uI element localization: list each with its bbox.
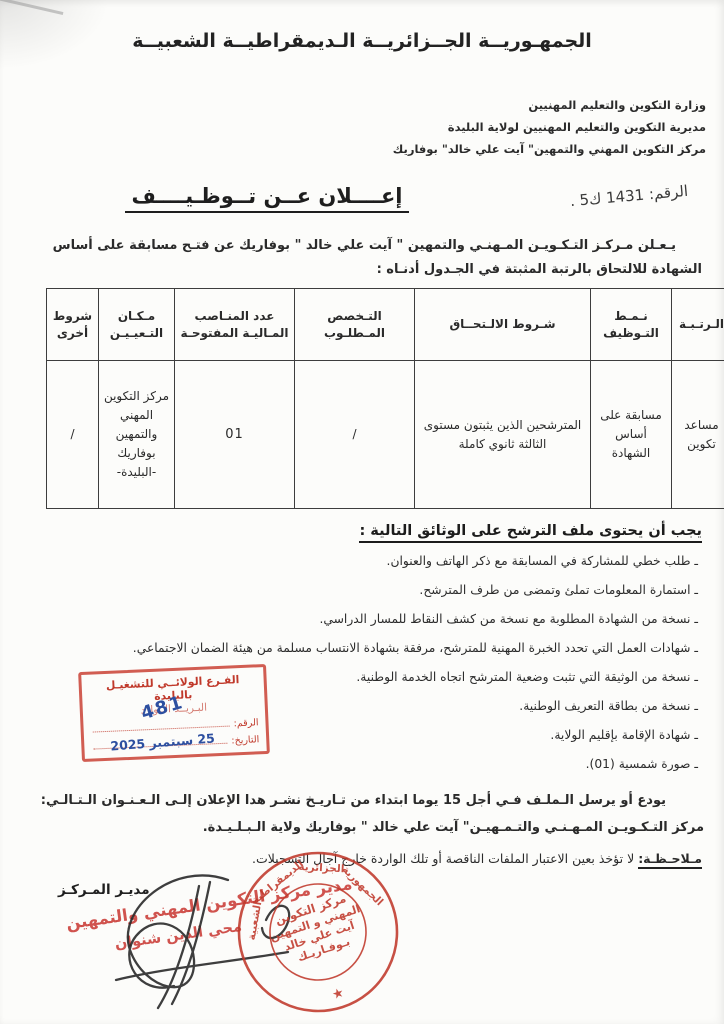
col-recruitment-mode: نـمـط التـوظيف bbox=[591, 289, 672, 361]
intro-paragraph: يـعـلن مـركـز التـكـويـن المـهنـي والتمه… bbox=[16, 234, 702, 282]
col-open-positions: عدد المنـاصب المـاليـة المفتوحـة bbox=[175, 289, 295, 361]
vacancy-table: الـرتـبـة نـمـط التـوظيف شـروط الالـتحــ… bbox=[46, 288, 724, 509]
cell-recruitment-mode: مسابقة على أساس الشهادة bbox=[591, 361, 672, 509]
scanned-document-page: الجمهـوريــة الجــزائريــة الـديمقراطيــ… bbox=[0, 0, 724, 1024]
note-label: مـلاحـظـة: bbox=[638, 851, 702, 869]
stamp-star-icon: ★ bbox=[330, 985, 346, 1003]
number-label: الرقم: bbox=[233, 717, 258, 729]
organization-block: وزارة التكوين والتعليم المهنيين مديرية ا… bbox=[0, 94, 706, 160]
closing-line-1: يودع أو يرسل الـملـف فـي أجل 15 يوما ابت… bbox=[41, 793, 666, 808]
table-row: مساعد تكوين مسابقة على أساس الشهادة المت… bbox=[47, 361, 724, 509]
ring-word: الجزائرية bbox=[298, 861, 345, 875]
cell-assignment-place: مركز التكوين المهني والتمهين بوفاريك -ال… bbox=[99, 361, 175, 509]
directorate-line: مديرية التكوين والتعليم المهنيين لولاية … bbox=[0, 116, 706, 138]
col-other-conditions: شروط أخرى bbox=[47, 289, 99, 361]
vacancy-table-wrap: الـرتـبـة نـمـط التـوظيف شـروط الالـتحــ… bbox=[0, 288, 724, 509]
ring-word: الشعبية bbox=[246, 901, 265, 942]
announcement-title-text: إعــــلان عــن تــوظـيــــف bbox=[125, 184, 408, 213]
title-row: الرقم: 1431 ك5 . إعــــلان عــن تــوظـيـ… bbox=[0, 174, 724, 218]
list-item: ـ نسخة من الشهادة المطلوبة مع نسخة من كش… bbox=[0, 605, 698, 634]
cell-conditions: المترشحين الذين يثبتون مستوى الثالثة ثان… bbox=[415, 361, 591, 509]
cell-open-positions: 01 bbox=[175, 361, 295, 509]
handwritten-reference-number: الرقم: 1431 ك5 . bbox=[534, 179, 724, 213]
col-rank: الـرتـبـة bbox=[672, 289, 724, 361]
list-item: ـ طلب خطي للمشاركة في المسابقة مع ذكر ال… bbox=[0, 547, 698, 576]
list-item: ـ استمارة المعلومات تملئ وتمضى من طرف ال… bbox=[0, 576, 698, 605]
ministry-line: وزارة التكوين والتعليم المهنيين bbox=[0, 94, 706, 116]
center-line: مركز التكوين المهني والتمهين" آيت علي خا… bbox=[0, 138, 706, 160]
col-conditions: شـروط الالـتحــاق bbox=[415, 289, 591, 361]
col-specialty: التـخصص المـطلـوب bbox=[295, 289, 415, 361]
documents-heading-text: يجب أن يحتوى ملف الترشح على الوثائق التا… bbox=[359, 523, 702, 543]
list-item: ـ شهادات العمل التي تحدد الخبرة المهنية … bbox=[0, 634, 698, 663]
cell-rank: مساعد تكوين bbox=[672, 361, 724, 509]
table-header-row: الـرتـبـة نـمـط التـوظيف شـروط الالـتحــ… bbox=[47, 289, 724, 361]
cell-other-conditions: / bbox=[47, 361, 99, 509]
col-assignment-place: مـكـان التـعيـيـن bbox=[99, 289, 175, 361]
cell-specialty: / bbox=[295, 361, 415, 509]
announcement-title: إعــــلان عــن تــوظـيــــف bbox=[0, 184, 534, 208]
reception-stamp: الفـرع الولائــي للتشغيـل بالبليدة البـر… bbox=[78, 664, 270, 762]
documents-heading: يجب أن يحتوى ملف الترشح على الوثائق التا… bbox=[0, 523, 702, 539]
official-round-stamp: الجمهورية الجزائرية الديمقراطية الشعبية … bbox=[232, 846, 404, 1018]
closing-paragraph: يودع أو يرسل الـملـف فـي أجل 15 يوما ابت… bbox=[14, 787, 704, 841]
date-label: التاريخ: bbox=[231, 734, 259, 746]
closing-line-2: مركز التـكـويـن المـهـنـي والتـمـهيـن" آ… bbox=[203, 820, 704, 835]
